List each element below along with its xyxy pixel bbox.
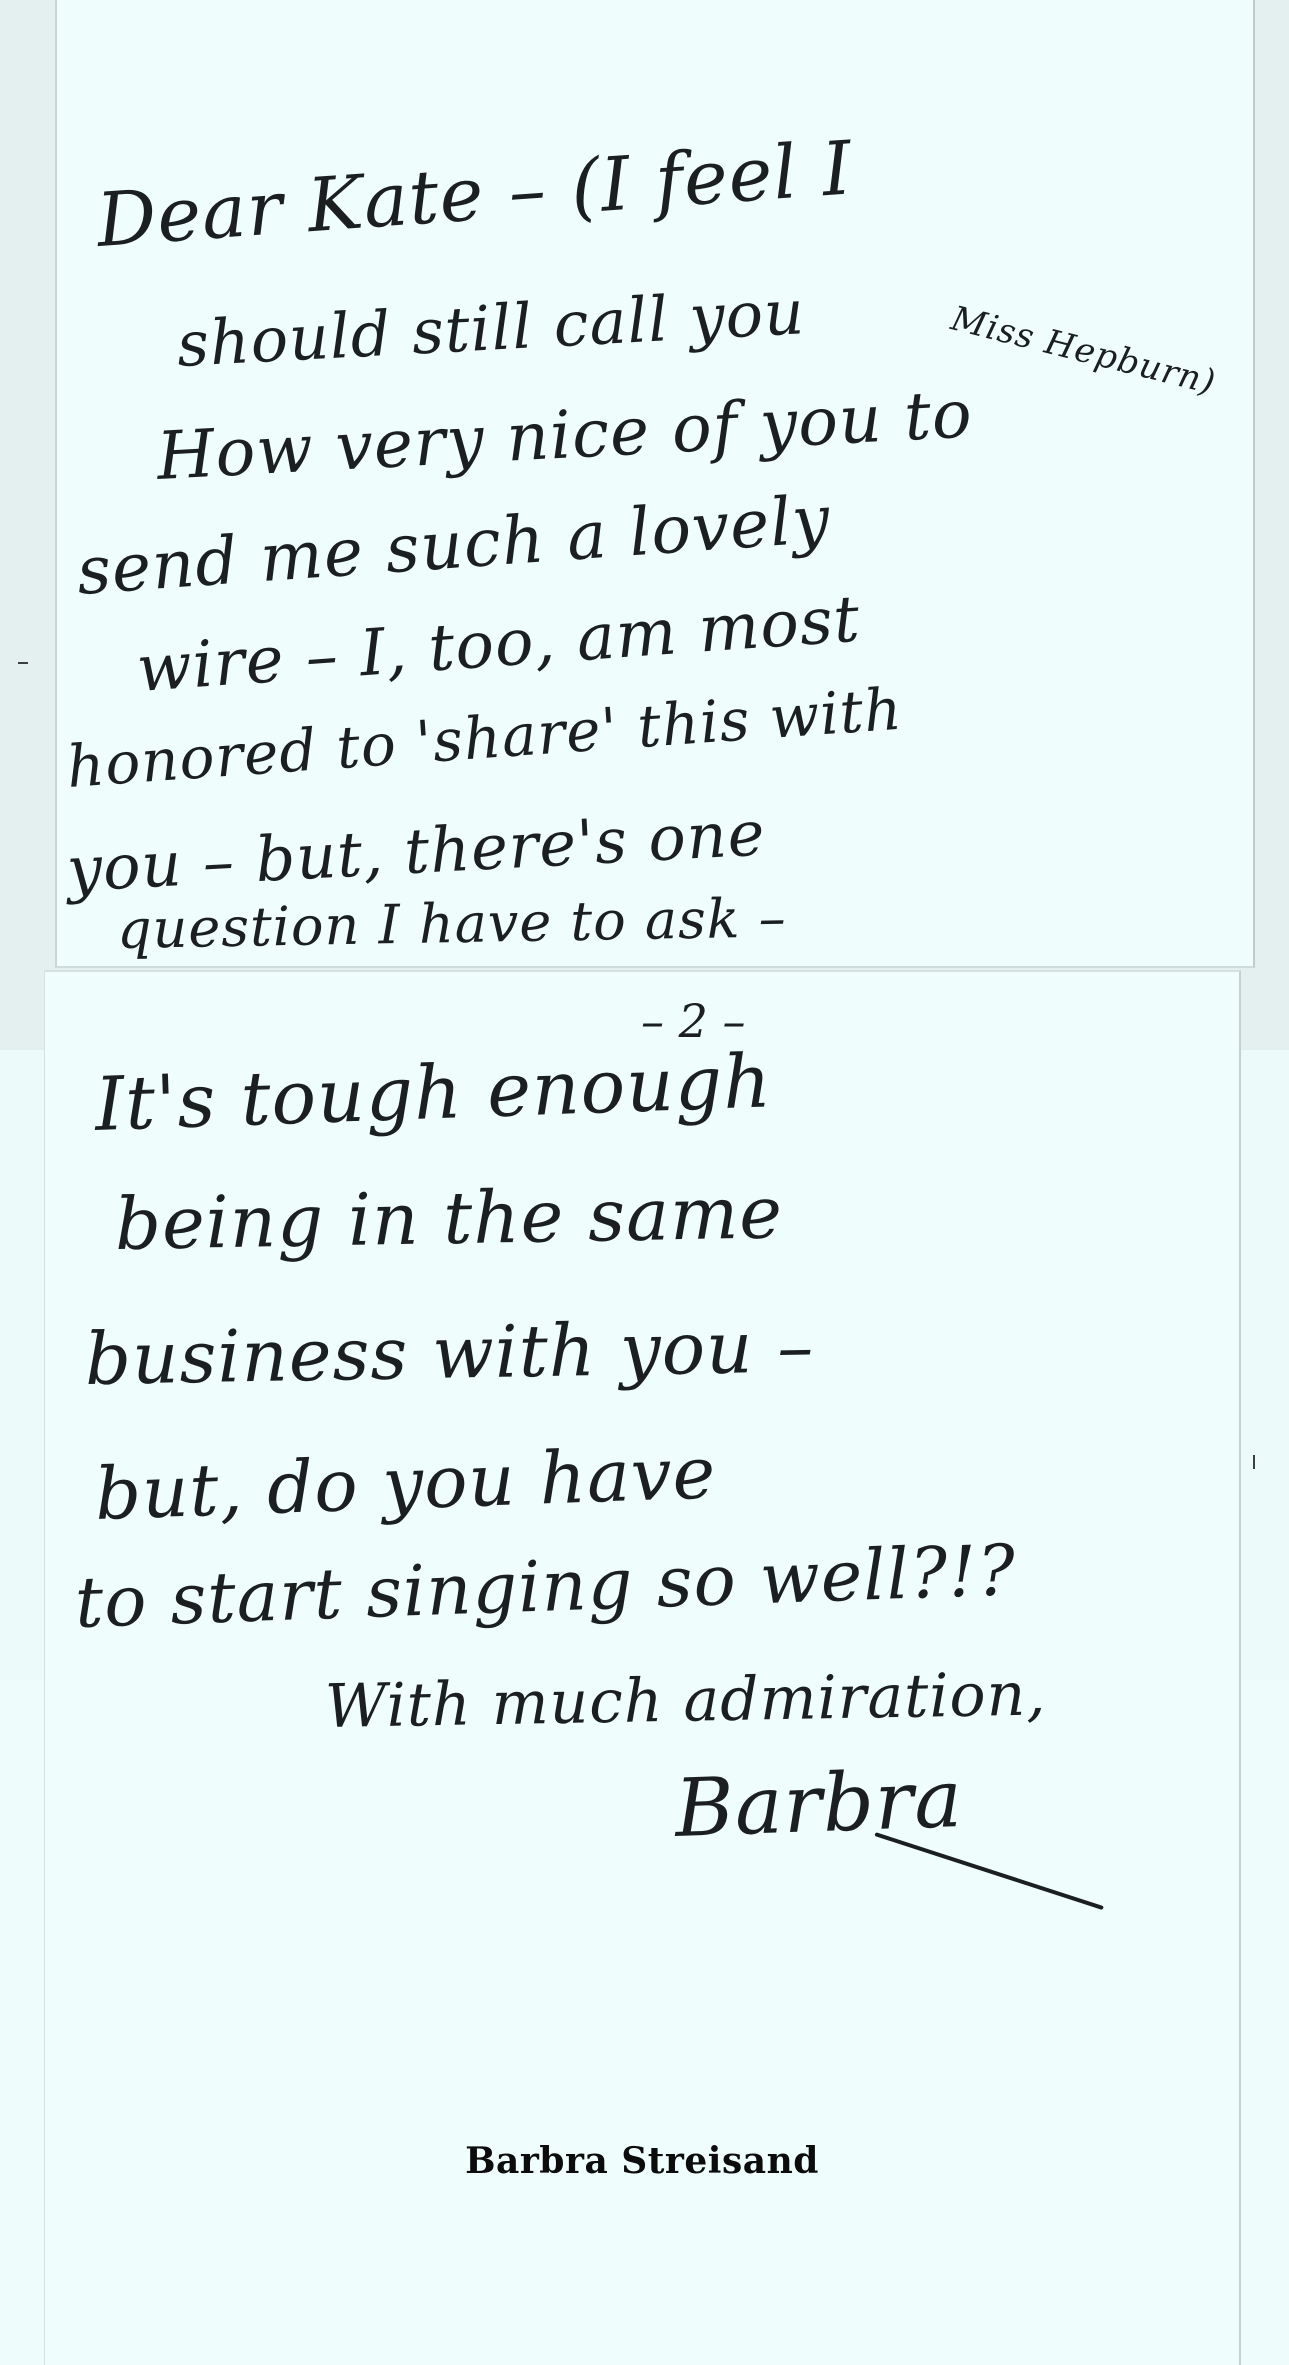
handwritten-line-3: How very nice of you to (155, 375, 974, 495)
handwritten-line-5: to start singing so well?!? (74, 1529, 1018, 1644)
handwritten-line-1: Dear Kate – (I feel I (94, 125, 855, 264)
signature-flourish (874, 1832, 1103, 1910)
marginal-note-miss-hepburn: Miss Hepburn) (947, 299, 1220, 403)
handwritten-line-4: but, do you have (94, 1430, 718, 1536)
handwritten-line-2: should still call you (175, 275, 806, 381)
handwritten-line-8: question I have to ask – (116, 886, 787, 961)
letter-page-2: – 2 – It's tough enough being in the sam… (44, 970, 1241, 2365)
printed-letterhead-name: Barbra Streisand (45, 2140, 1239, 2182)
closing-line: With much admiration, (324, 1659, 1046, 1742)
scan-mark (18, 662, 28, 664)
handwritten-line-2: being in the same (114, 1170, 783, 1266)
handwritten-line-1: It's tough enough (93, 1038, 773, 1148)
signature: Barbra (673, 1752, 964, 1855)
letter-page-1: Dear Kate – (I feel I should still call … (55, 0, 1255, 968)
scan-mark (1253, 1455, 1255, 1469)
handwritten-line-3: business with you – (84, 1304, 815, 1401)
handwritten-line-4: send me such a lovely (74, 480, 833, 609)
